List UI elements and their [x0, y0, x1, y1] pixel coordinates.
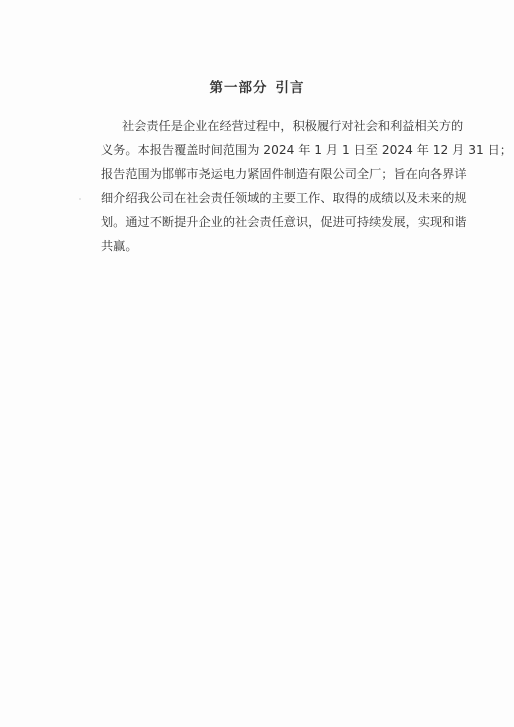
paragraph-line: 报告范围为邯郸市尧运电力紧固件制造有限公司全厂；旨在向各界详: [101, 162, 439, 186]
section-title: 第一部分引言: [0, 76, 514, 96]
paragraph-line: 共赢。: [101, 234, 439, 258]
paragraph-line: 细介绍我公司在社会责任领域的主要工作、取得的成绩以及未来的规: [101, 186, 439, 210]
scan-speck: [79, 198, 81, 200]
paragraph-line: 划。通过不断提升企业的社会责任意识，促进可持续发展，实现和谐: [101, 210, 439, 234]
introduction-paragraph: 社会责任是企业在经营过程中，积极履行对社会和利益相关方的 义务。本报告覆盖时间范…: [101, 114, 439, 258]
section-title-heading: 引言: [276, 80, 305, 96]
section-title-part: 第一部分: [210, 80, 268, 96]
paragraph-line: 义务。本报告覆盖时间范围为 2024 年 1 月 1 日至 2024 年 12 …: [101, 138, 439, 162]
paragraph-line: 社会责任是企业在经营过程中，积极履行对社会和利益相关方的: [101, 114, 439, 138]
document-page: 第一部分引言 社会责任是企业在经营过程中，积极履行对社会和利益相关方的 义务。本…: [0, 0, 514, 727]
